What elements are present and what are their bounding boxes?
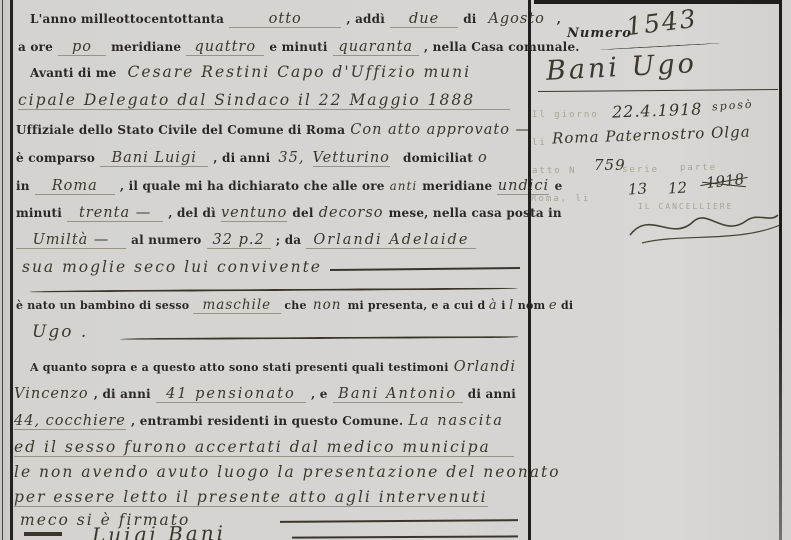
printed-label: e minuti [269, 40, 327, 54]
handwritten-declarant-name: Bani Luigi [100, 150, 208, 167]
form-line-residence: in Roma , il quale mi ha dichiarato che … [16, 175, 562, 195]
handwritten-birth-month: decorso [319, 205, 384, 221]
signature-luigi-bani: Luigi Bani [92, 521, 226, 540]
handwritten-witness1-age-profession: 41 pensionato [156, 386, 306, 403]
pen-filler-line [120, 336, 518, 340]
handwritten-month: Agosto [482, 11, 552, 27]
margin-top-rule [534, 0, 779, 4]
form-line-witness1: Vincenzo , di anni 41 pensionato , e Ban… [14, 383, 516, 403]
printed-label: L'anno milleottocentottanta [30, 12, 224, 26]
printed-label: in [16, 179, 30, 193]
printed-label: meridiane [111, 40, 181, 54]
form-line-medico-note: ed il sesso furono accertati dal medico … [14, 437, 514, 457]
handwritten-medico-note-1: ed il sesso furono accertati dal medico … [14, 438, 514, 457]
form-line-medico-note-2: le non avendo avuto luogo la presentazio… [14, 462, 561, 481]
right-rule [779, 0, 782, 540]
pen-filler-line [330, 267, 520, 271]
printed-label: di anni [468, 387, 516, 401]
handwritten-official-name: Cesare Restini Capo d'Uffizio muni [128, 63, 472, 81]
printed-label: , del dì [168, 206, 216, 220]
handwritten-year: otto [229, 11, 341, 28]
printed-label: i [501, 299, 505, 312]
handwritten-minutes: quaranta [333, 39, 419, 56]
stamp-li: li [532, 138, 547, 148]
printed-label: , il quale mi ha dichiarato che alle ore [120, 179, 385, 193]
handwritten-meridian: po [58, 39, 106, 56]
printed-label: Avanti di me [30, 66, 116, 80]
printed-label: nom [518, 299, 546, 312]
form-line-child: è nato un bambino di sesso maschile che … [16, 297, 573, 314]
handwritten-presentation: non [310, 297, 344, 313]
handwritten-witness2-age-profession: 44, cocchiere [14, 413, 126, 430]
form-line-official-2: cipale Delegato dal Sindaco il 22 Maggio… [18, 90, 510, 110]
annotation-marriage-date: 22.4.1918 [612, 99, 703, 121]
annotation-day: 13 [628, 180, 648, 199]
handwritten-sex: maschile [193, 297, 281, 314]
handwritten-child-name: Ugo . [32, 322, 88, 342]
form-line-official: Avanti di me Cesare Restini Capo d'Uffiz… [30, 62, 471, 81]
printed-label: domiciliat [403, 151, 473, 165]
printed-label: di [561, 299, 573, 312]
handwritten-approval-note: Con atto approvato — [350, 122, 531, 138]
printed-label: e [555, 179, 563, 193]
form-line-year: L'anno milleottocentottanta otto , addì … [30, 8, 561, 28]
printed-label: di [463, 12, 476, 26]
printed-label: Uffiziale dello Stato Civile del Comune … [16, 123, 345, 137]
form-line-witness2: 44, cocchiere , entrambi residenti in qu… [14, 410, 504, 429]
handwritten-medico-note-2: le non avendo avuto luogo la presentazio… [14, 463, 561, 481]
pen-dash [24, 532, 62, 536]
pen-filler-line [292, 535, 518, 538]
printed-label: , di anni [94, 387, 151, 401]
printed-label: , di anni [213, 151, 270, 165]
handwritten-meridian-2: anti [390, 179, 418, 193]
handwritten-suffix: l [509, 298, 514, 313]
birth-act-page: L'anno milleottocentottanta otto , addì … [0, 0, 791, 540]
pen-filler-line [30, 288, 518, 293]
declarant-signature: Luigi Bani [92, 522, 226, 540]
numero-label: Numero [567, 26, 632, 41]
form-line-birthdate: minuti trenta — , del dì ventuno del dec… [16, 202, 562, 222]
annotation-act-ref-number: 759 [594, 156, 626, 174]
printed-label: , nella Casa comunale. [424, 40, 580, 54]
form-line-uffiziale: Uffiziale dello Stato Civile del Comune … [16, 119, 531, 138]
printed-label: A quanto sopra e a questo atto sono stat… [30, 361, 449, 374]
stamp-parte: parte [680, 163, 717, 173]
handwritten-street: Umiltà — [16, 232, 126, 249]
handwritten-suffix: o [478, 150, 488, 166]
handwritten-birth-day: ventuno [221, 205, 287, 222]
handwritten-closing-note: La nascita [408, 413, 504, 429]
handwritten-mother-name: Orlandi Adelaide [306, 232, 476, 249]
form-line-mother-status: sua moglie seco lui convivente [22, 257, 322, 276]
stamp-serie: serie [622, 165, 659, 175]
printed-label: a ore [18, 40, 53, 54]
printed-label: , e [311, 387, 328, 401]
printed-label: è comparso [16, 151, 95, 165]
handwritten-witness2-name: Bani Antonio [333, 386, 463, 403]
printed-label: , addì [346, 12, 385, 26]
printed-label: ; da [276, 233, 302, 247]
printed-label: al numero [131, 233, 201, 247]
printed-label: del [292, 206, 313, 220]
handwritten-declarant-age: 35, [275, 150, 307, 166]
handwritten-residence-city: Roma [35, 178, 115, 195]
printed-label: , [557, 12, 561, 26]
form-line-declarant: è comparso Bani Luigi , di anni 35, Vett… [16, 147, 488, 167]
annotation-month: 12 [668, 179, 688, 198]
printed-label: mese, nella casa posta in [389, 206, 562, 220]
act-number-row: Numero [567, 22, 632, 41]
printed-label: è nato un bambino di sesso [16, 299, 189, 312]
printed-label: minuti [16, 206, 62, 220]
handwritten-day: due [390, 11, 458, 28]
printed-label: , entrambi residenti in questo Comune. [131, 414, 403, 428]
handwritten-suffix: e [549, 298, 558, 313]
handwritten-birth-minutes: trenta — [67, 205, 163, 222]
stamp-il-giorno: Il giorno [532, 110, 599, 120]
handwritten-witness1-firstname: Vincenzo [14, 386, 89, 402]
handwritten-hour: quattro [186, 39, 264, 56]
form-line-witnesses: A quanto sopra e a questo atto sono stat… [30, 356, 516, 375]
handwritten-house-number: 32 p.2 [207, 232, 271, 249]
handwritten-mother-status: sua moglie seco lui convivente [22, 258, 322, 276]
form-line-address: Umiltà — al numero 32 p.2 ; da Orlandi A… [16, 229, 476, 249]
handwritten-reading-note: per essere letto il presente atto agli i… [14, 488, 488, 507]
printed-label: che [284, 299, 306, 312]
form-line-reading-note: per essere letto il presente atto agli i… [14, 487, 488, 507]
form-line-child-name: Ugo . [32, 322, 88, 342]
column-separator-rule [528, 0, 531, 540]
handwritten-official-title: cipale Delegato dal Sindaco il 22 Maggio… [18, 91, 510, 110]
handwritten-witness1-surname: Orlandi [454, 359, 516, 375]
form-line-time: a ore po meridiane quattro e minuti quar… [18, 36, 580, 56]
handwritten-declarant-profession: Vetturino [313, 150, 390, 167]
printed-label: mi presenta, e a cui d [348, 299, 486, 312]
handwritten-suffix: à [489, 298, 498, 313]
registrar-signature-flourish [620, 203, 785, 248]
pen-filler-line [280, 519, 518, 523]
printed-label: meridiane [422, 179, 492, 193]
left-inner-rule [10, 0, 13, 540]
left-outer-rule [2, 0, 3, 540]
handwritten-birth-hour: undici [497, 178, 549, 195]
